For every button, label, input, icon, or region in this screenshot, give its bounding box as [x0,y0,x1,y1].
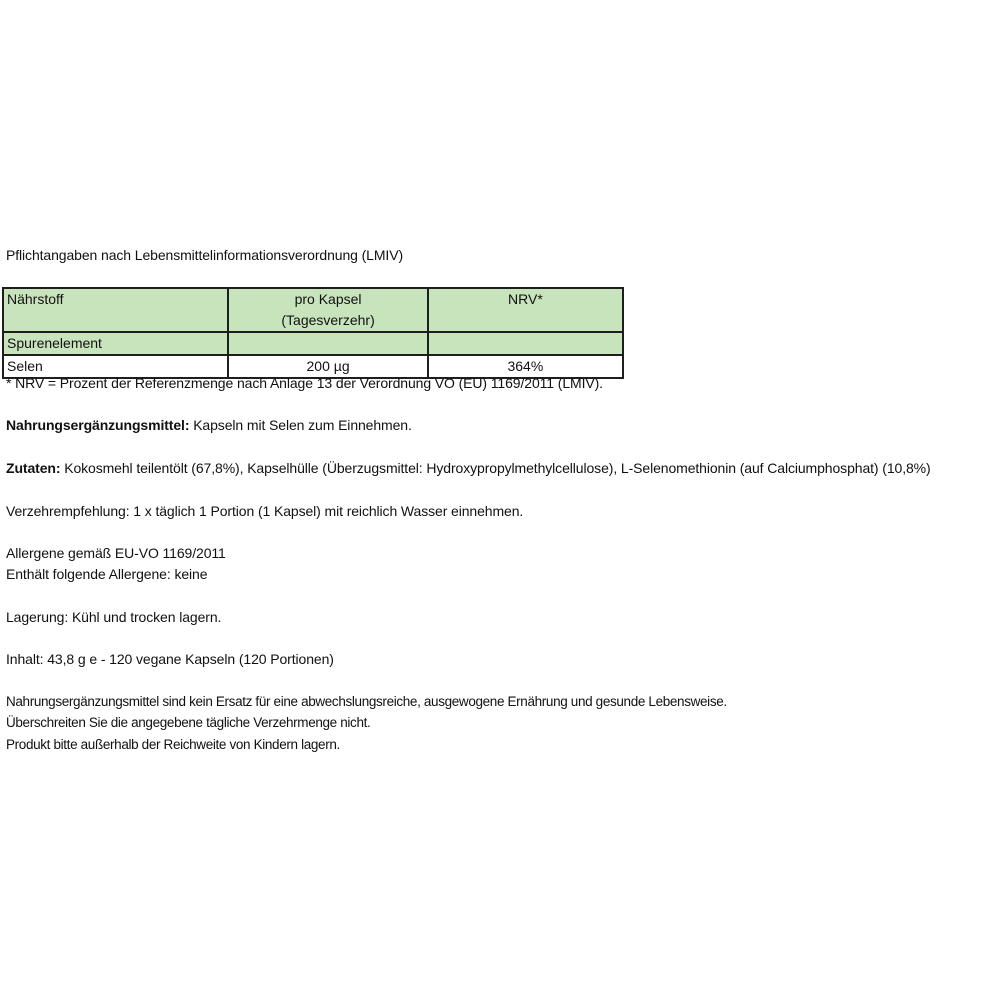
ingredients-label: Zutaten: [6,460,60,476]
ingredients-text: Kokosmehl teilentölt (67,8%), Kapselhüll… [60,460,930,476]
header-naehrstoff: Nährstoff [3,288,228,332]
table-header-row: Nährstoff pro Kapsel (Tagesverzehr) NRV* [3,288,623,332]
allergens-heading: Allergene gemäß EU-VO 1169/2011 [6,543,226,563]
ingredients: Zutaten: Kokosmehl teilentölt (67,8%), K… [6,458,931,478]
product-label: Nahrungsergänzungsmittel: [6,417,189,433]
allergens-text: Enthält folgende Allergene: keine [6,564,207,584]
header-nrv: NRV* [428,288,623,332]
contents: Inhalt: 43,8 g e - 120 vegane Kapseln (1… [6,649,334,669]
header-pro-kapsel: pro Kapsel (Tagesverzehr) [228,288,427,332]
storage: Lagerung: Kühl und trocken lagern. [6,607,221,627]
table-cell [228,332,427,355]
header-pro-kapsel-line2: (Tagesverzehr) [232,310,423,331]
header-pro-kapsel-line1: pro Kapsel [232,289,423,310]
warning-line-3: Produkt bitte außerhalb der Reichweite v… [6,735,340,755]
nutrition-table: Nährstoff pro Kapsel (Tagesverzehr) NRV*… [2,287,624,379]
table-row: Spurenelement [3,332,623,355]
product-description: Nahrungsergänzungsmittel: Kapseln mit Se… [6,415,412,435]
footnote: * NRV = Prozent der Referenzmenge nach A… [6,373,603,393]
warning-line-2: Überschreiten Sie die angegebene täglich… [6,713,370,733]
document-title: Pflichtangaben nach Lebensmittelinformat… [6,245,403,265]
product-text: Kapseln mit Selen zum Einnehmen. [189,417,411,433]
recommendation: Verzehrempfehlung: 1 x täglich 1 Portion… [6,501,523,521]
warning-line-1: Nahrungsergänzungsmittel sind kein Ersat… [6,692,727,712]
table-cell: Spurenelement [3,332,228,355]
table-cell [428,332,623,355]
